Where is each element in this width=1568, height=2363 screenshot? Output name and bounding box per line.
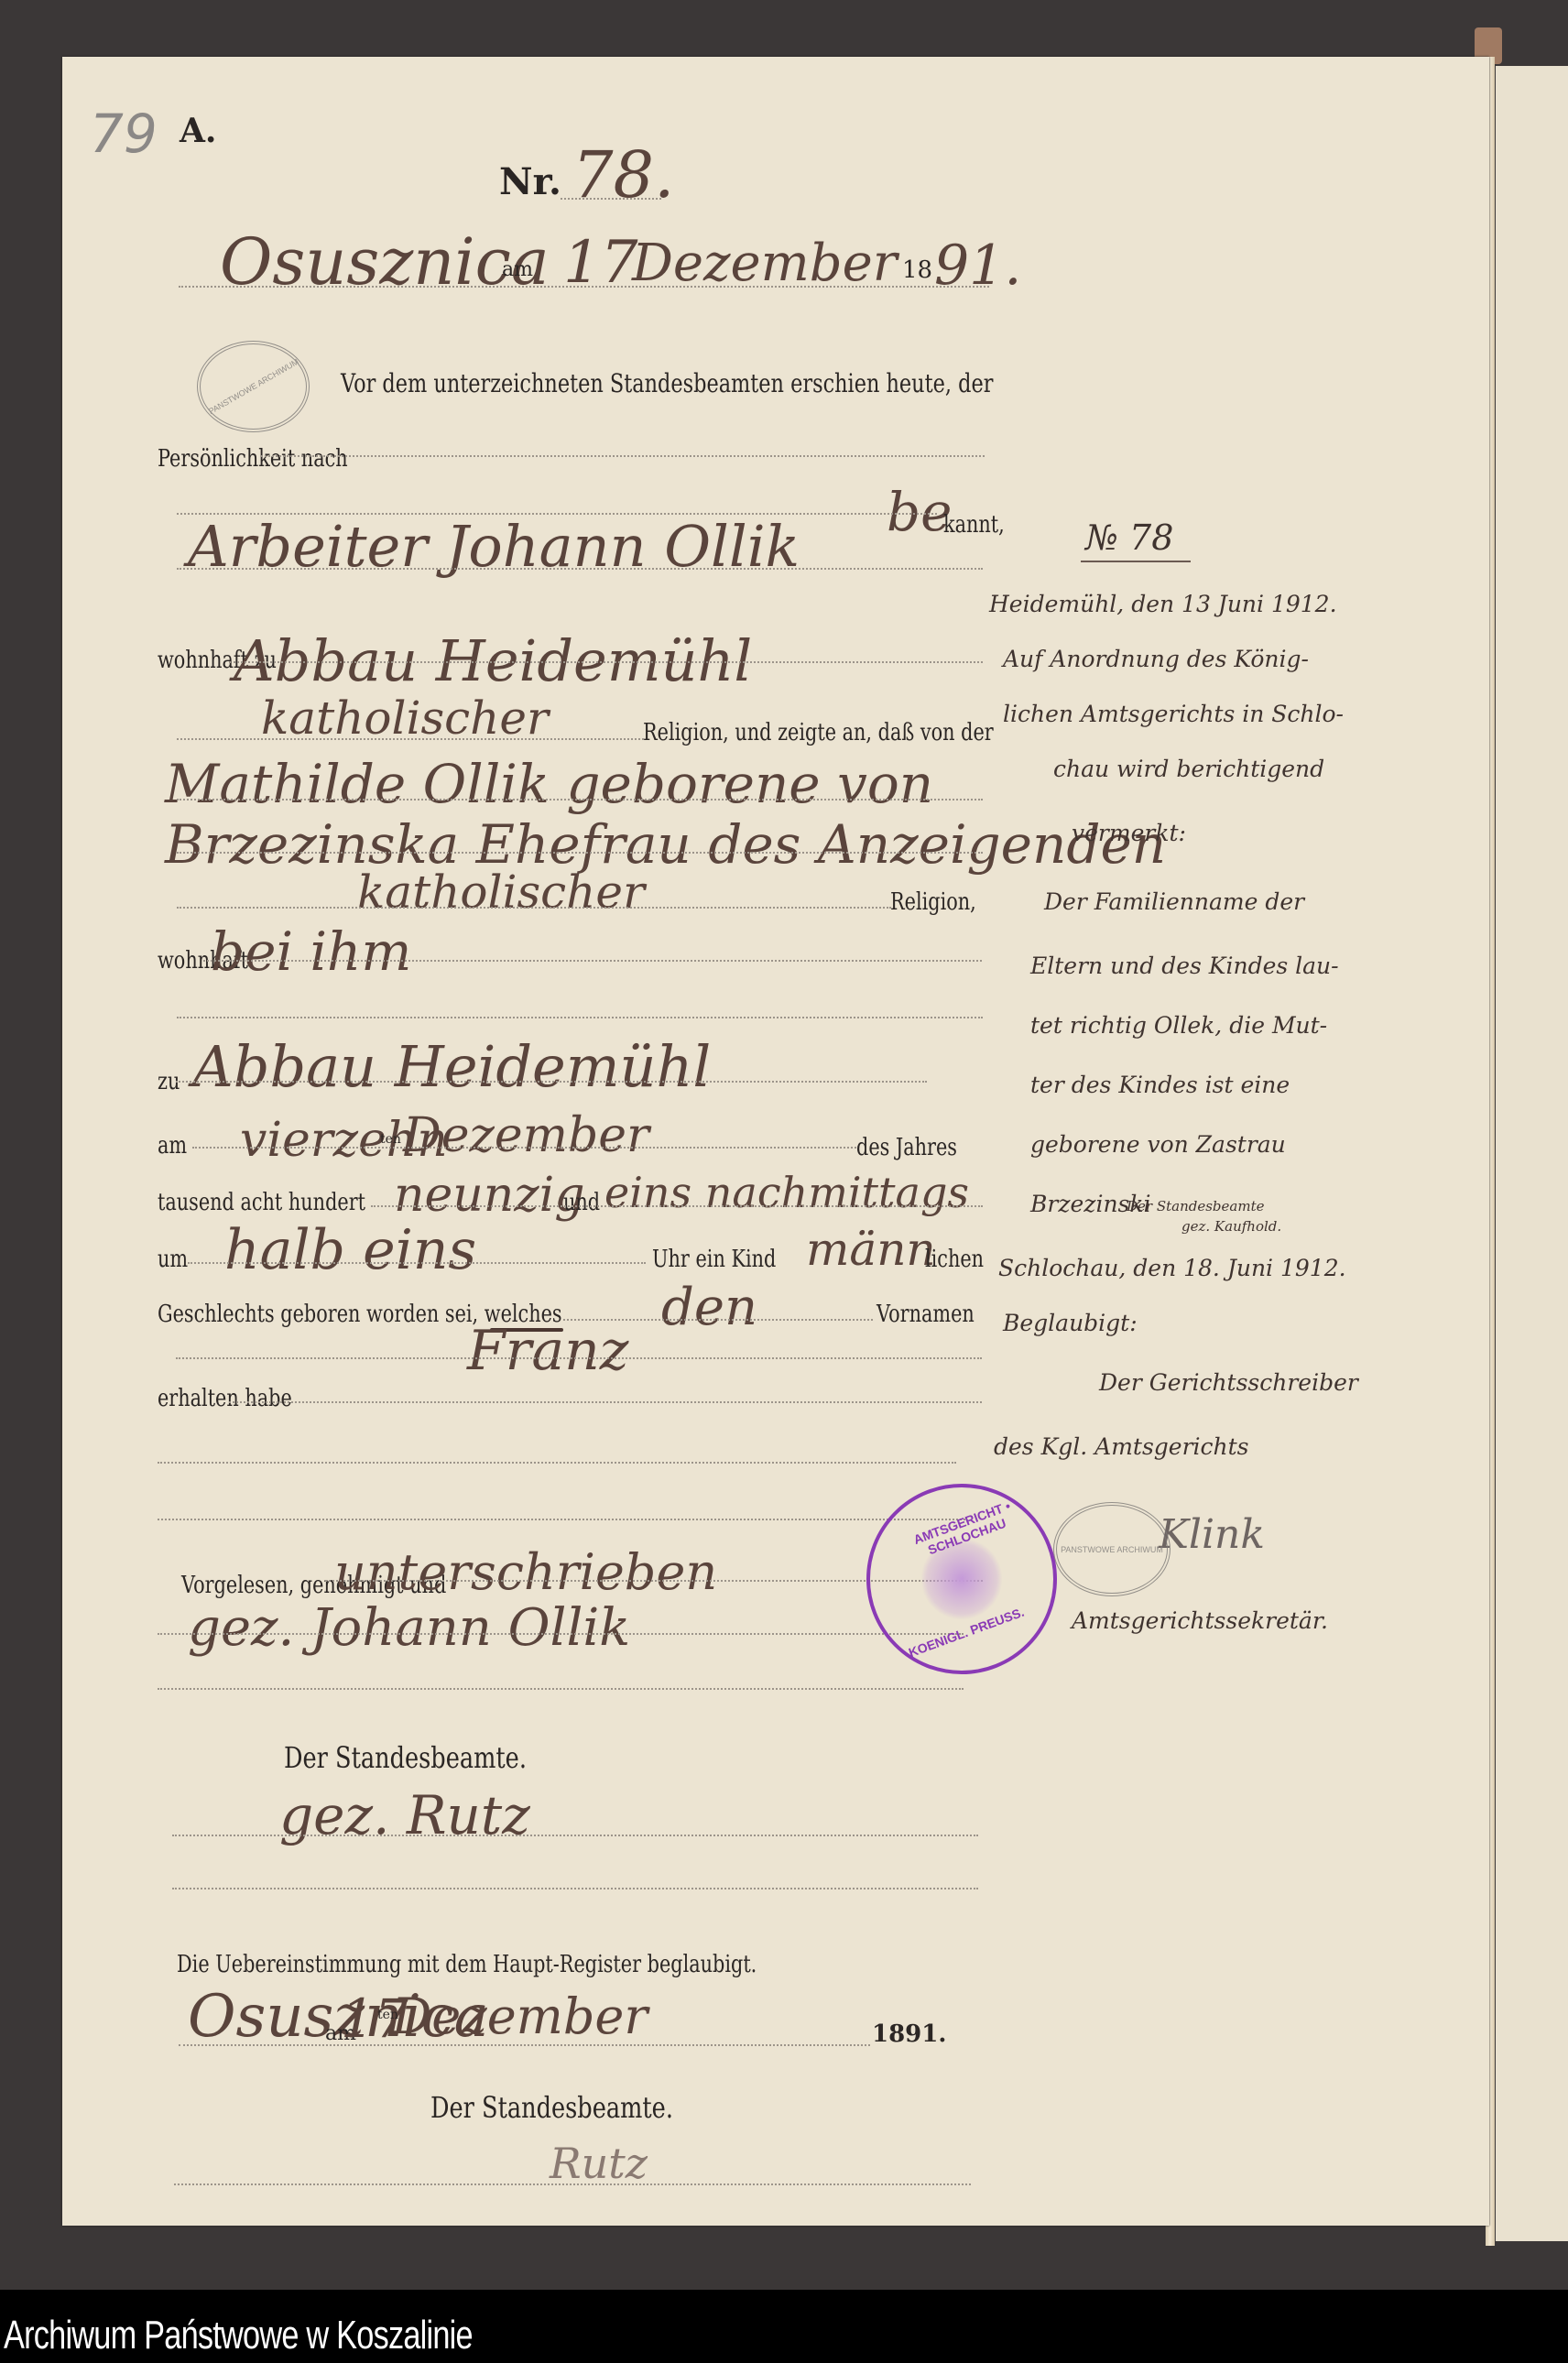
line-informant — [177, 568, 983, 570]
form-letter: A. — [180, 112, 216, 150]
date-month: Dezember — [632, 234, 898, 293]
line-mother-2 — [177, 852, 983, 854]
tausend-label: tausend acht hundert — [158, 1189, 365, 1216]
margin-note-line: geborene von Zastrau — [1030, 1131, 1286, 1158]
archive-stamp-text-2: PANSTWOWE ARCHIWUM — [1061, 1545, 1163, 1554]
time-words: halb eins — [224, 1218, 476, 1282]
margin-note-clerk-signature: Klink — [1159, 1511, 1265, 1558]
line-mother-residence — [203, 960, 982, 962]
pencil-page-number: 79 — [90, 103, 158, 165]
bekannt-handwritten: be — [887, 481, 952, 543]
margin-note-line: Eltern und des Kindes lau- — [1030, 953, 1339, 979]
und-label: und — [563, 1189, 600, 1216]
am-label: am — [502, 258, 533, 281]
margin-note-date: Schlochau, den 18. Juni 1912. — [998, 1255, 1346, 1281]
vorgelesen-handwritten: unterschrieben — [334, 1543, 717, 1601]
vornamen-label: Vornamen — [877, 1301, 975, 1328]
nr-line — [561, 198, 661, 200]
margin-note-registrar-name: gez. Kaufhold. — [1181, 1218, 1281, 1235]
signature-registrar: gez. Rutz — [279, 1784, 530, 1846]
date-line — [179, 286, 989, 288]
informant-religion: katholischer — [261, 691, 549, 745]
sex-print: lichen — [925, 1246, 984, 1273]
archive-stamp-text: PANSTWOWE ARCHIWUM — [207, 357, 300, 417]
mother-line-2: Brzezinska Ehefrau des Anzeigenden — [165, 813, 1166, 876]
line-signature-informant — [158, 1633, 964, 1635]
archive-stamp-gray-2: PANSTWOWE ARCHIWUM — [1053, 1502, 1171, 1596]
line-religion — [177, 738, 644, 740]
line-registrar — [172, 1835, 978, 1836]
informant-name: Arbeiter Johann Ollik — [188, 513, 800, 580]
year-words-2: eins nachmittags — [604, 1168, 969, 1217]
line-year — [371, 1205, 983, 1207]
margin-note-line: vermerkt: — [1072, 820, 1186, 846]
margin-note-clerk-court: des Kgl. Amtsgerichts — [994, 1433, 1249, 1460]
year-suffix: 91. — [934, 234, 1021, 298]
nr-label: Nr. — [499, 160, 561, 203]
birth-month: Dezember — [403, 1108, 649, 1163]
margin-note-clerk-title: Der Gerichtsschreiber — [1099, 1369, 1358, 1396]
line-registrar-2 — [174, 2183, 971, 2185]
facing-page-edge — [1496, 66, 1568, 2241]
line-residence — [229, 661, 983, 663]
margin-note-number: № 78 — [1085, 517, 1173, 558]
mother-residence: bei ihm — [211, 920, 411, 983]
line-blank — [177, 1017, 983, 1018]
cert-year: 1891. — [872, 2020, 946, 2048]
personlichkeit-label: Persönlichkeit nach — [158, 445, 348, 473]
line-birth-date — [192, 1147, 856, 1149]
margin-note-line: tet richtig Ollek, die Mut- — [1030, 1012, 1327, 1039]
religion-label: Religion, — [890, 888, 976, 916]
margin-note-line: Heidemühl, den 13 Juni 1912. — [989, 591, 1337, 617]
signature-informant: gez. Johann Ollik — [188, 1598, 630, 1658]
place-handwritten: Osusznica — [220, 224, 550, 299]
line-erhalten — [229, 1401, 982, 1403]
erhalten-label: erhalten habe — [158, 1385, 292, 1412]
margin-note-beglaubigt: Beglaubigt: — [1003, 1310, 1138, 1336]
article-handwritten: den — [661, 1278, 757, 1337]
margin-note-clerk-rank: Amtsgerichtssekretär. — [1072, 1607, 1328, 1634]
line-birth-place — [176, 1081, 927, 1083]
year-words: neunzig — [394, 1168, 585, 1223]
intro-text: Vor dem unterzeichneten Standesbeamten e… — [341, 368, 993, 398]
margin-note-line: ter des Kindes ist eine — [1030, 1072, 1290, 1098]
line-personlichkeit — [261, 455, 985, 457]
mother-religion: katholischer — [357, 866, 645, 919]
year-prefix: 18 — [902, 256, 932, 284]
line-mother-religion — [177, 907, 891, 909]
cert-month: Dezember — [392, 1987, 648, 2045]
religion-line-print: Religion, und zeigte an, daß von der — [643, 719, 994, 746]
standesbeamte-label: Der Standesbeamte. — [284, 1740, 527, 1775]
des-jahres-label: des Jahres — [856, 1134, 957, 1161]
line-time — [188, 1262, 646, 1264]
signature-registrar-2: Rutz — [550, 2139, 648, 2188]
birth-place: Abbau Heidemühl — [192, 1033, 711, 1100]
line-blank-2 — [158, 1462, 956, 1464]
am-birth-label: am — [158, 1132, 187, 1160]
sex-handwritten: männ — [806, 1223, 936, 1276]
certification-label: Die Uebereinstimmung mit dem Haupt-Regis… — [177, 1951, 757, 1978]
line-blank-5 — [172, 1888, 978, 1889]
child-name: Franz — [467, 1319, 628, 1383]
um-label: um — [158, 1246, 188, 1273]
margin-note-line: lichen Amtsgerichts in Schlo- — [1003, 701, 1344, 727]
line-cert-date — [179, 2044, 870, 2046]
margin-note-line: chau wird berichtigend — [1053, 756, 1324, 782]
margin-note-line: Auf Anordnung des König- — [1003, 646, 1309, 672]
archive-footer-label: Archiwum Państwowe w Koszalinie — [4, 2313, 473, 2358]
uhr-label: Uhr ein Kind — [652, 1246, 776, 1273]
mother-line-1: Mathilde Ollik geborene von — [165, 753, 933, 815]
margin-note-line: Der Familienname der — [1044, 888, 1304, 915]
line-blank-4 — [158, 1688, 964, 1690]
line-mother-1 — [177, 799, 983, 800]
standesbeamte-label-2: Der Standesbeamte. — [430, 2090, 673, 2125]
line-child-name — [176, 1357, 982, 1359]
archive-stamp-gray: PANSTWOWE ARCHIWUM — [197, 341, 310, 432]
nr-value: 78. — [572, 137, 674, 212]
court-seal-purple: AMTSGERICHT • SCHLOCHAU KOENIGL. PREUSS. — [866, 1484, 1057, 1674]
margin-note-number-underline — [1081, 561, 1191, 562]
ten-suffix: ten — [380, 1132, 401, 1147]
bekannt-print: kannt, — [943, 511, 1005, 539]
margin-note-registrar-title: Der Standesbeamte — [1127, 1198, 1264, 1214]
line-blank-3 — [158, 1519, 965, 1520]
